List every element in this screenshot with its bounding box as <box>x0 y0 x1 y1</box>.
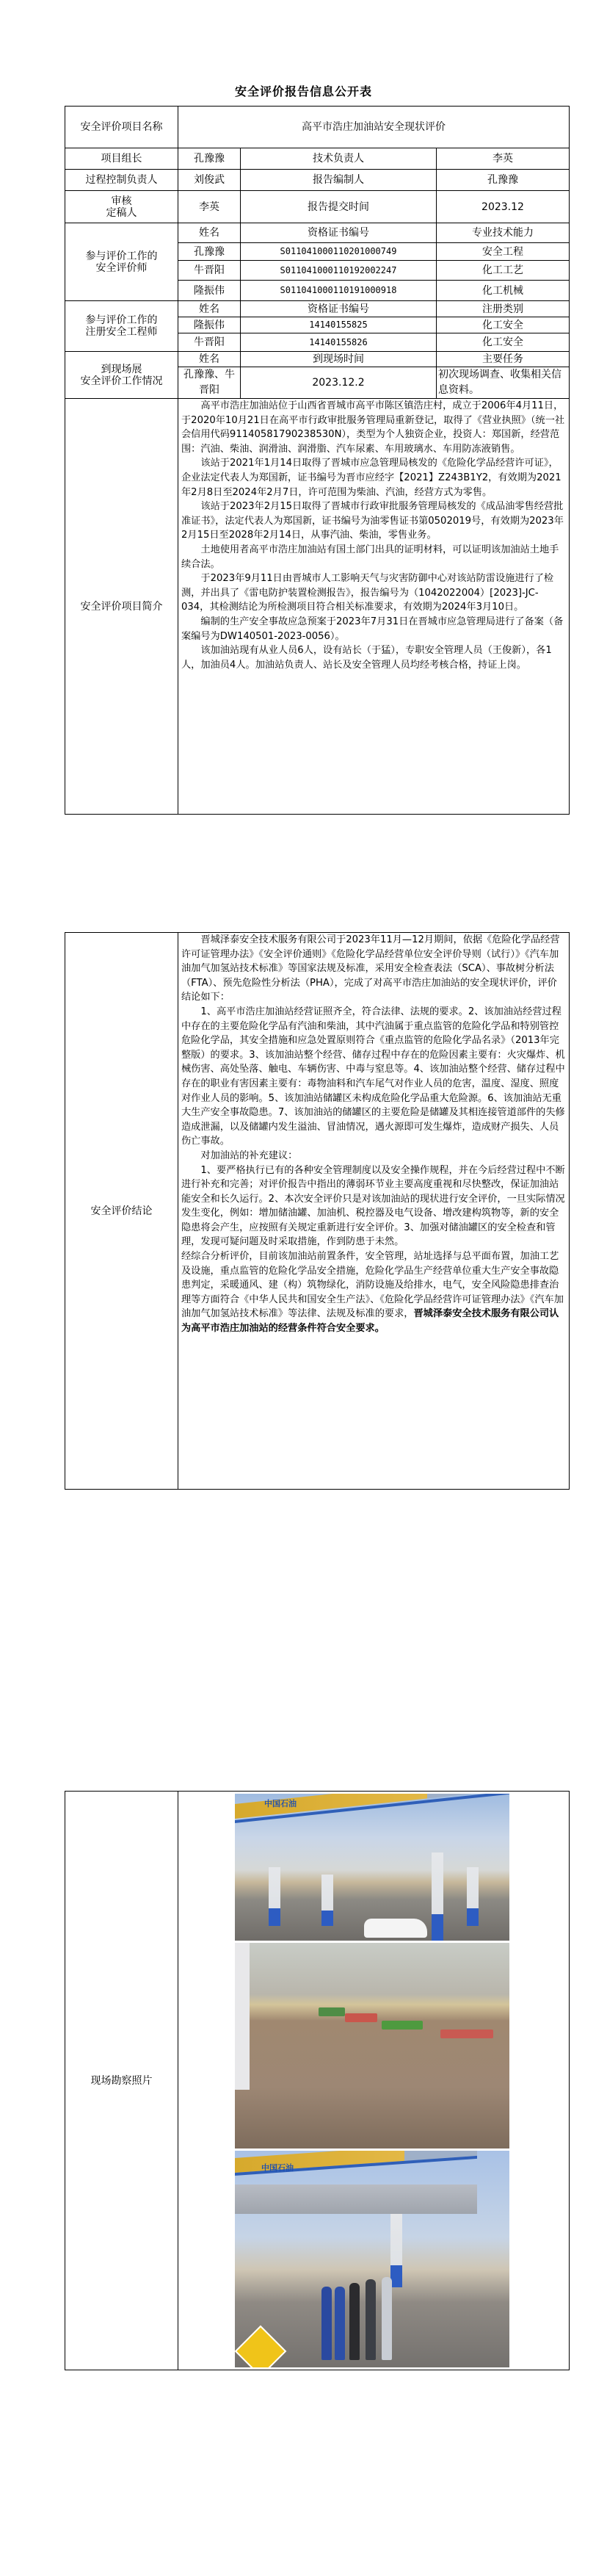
evaluator-skill: 安全工程 <box>437 243 570 261</box>
site-work-names: 孔豫豫、牛晋阳 <box>178 367 241 399</box>
photos-table: 现场勘察照片 中国石油 <box>65 1791 570 2370</box>
engineer-category: 化工安全 <box>437 333 570 352</box>
person <box>366 2279 376 2360</box>
team-leader-row: 项目组长 孔豫豫 技术负责人 李英 <box>65 148 570 170</box>
project-name-value: 高平市浩庄加油站安全现状评价 <box>178 107 570 148</box>
process-control-row: 过程控制负责人 刘俊武 报告编制人 孔豫豫 <box>65 170 570 191</box>
site-work-header-name: 姓名 <box>178 352 241 367</box>
site-work-header-time: 到现场时间 <box>241 352 437 367</box>
intro-paragraph: 该站于2023年2月15日取得了晋城市行政审批服务管理局核发的《成品油零售经营批… <box>181 499 566 543</box>
evaluator-cert: S011041000110192002247 <box>241 261 437 281</box>
report-author-value: 孔豫豫 <box>437 170 570 191</box>
person <box>382 2277 392 2360</box>
evaluator-cert: S011041000110191000918 <box>241 281 437 301</box>
site-work-header-task: 主要任务 <box>437 352 570 367</box>
person <box>349 2283 360 2360</box>
document-title: 安全评价报告信息公开表 <box>0 82 607 99</box>
conclusion-table: 安全评价结论 晋城泽泰安全技术服务有限公司于2023年11月—12月期间，依据《… <box>65 932 570 1490</box>
intro-paragraph: 该站于2021年1月14日取得了晋城市应急管理局核发的《危险化学品经营许可证》，… <box>181 456 566 499</box>
evaluators-header-name: 姓名 <box>178 223 241 243</box>
team-leader-label: 项目组长 <box>65 148 178 170</box>
site-work-task: 初次现场调查、收集相关信息资料。 <box>437 367 570 399</box>
engineers-header-cert: 资格证书编号 <box>241 301 437 317</box>
tech-lead-value: 李英 <box>437 148 570 170</box>
submit-time-value: 2023.12 <box>437 191 570 223</box>
tank-cover-green <box>319 2007 345 2016</box>
reviewer-label-line2: 定稿人 <box>106 207 137 219</box>
project-name-label: 安全评价项目名称 <box>65 107 178 148</box>
evaluator-skill: 化工工艺 <box>437 261 570 281</box>
site-photo-team: 中国石油 <box>235 2151 509 2367</box>
white-car <box>364 1919 427 1938</box>
canopy-pillar <box>321 1875 333 1926</box>
site-work-label: 到现场展安全评价工作情况 <box>65 352 178 399</box>
evaluator-cert: S011041000110201000749 <box>241 243 437 261</box>
engineers-label-line2: 注册安全工程师 <box>86 326 158 338</box>
intro-paragraph: 高平市浩庄加油站位于山西省晋城市高平市陈区镇浩庄村，成立于2006年4月11日，… <box>181 399 566 456</box>
intro-paragraph: 于2023年9月11日由晋城市人工影响天气与灾害防御中心对该站防雷设施进行了检测… <box>181 571 566 615</box>
conclusion-summary: 经综合分析评价，目前该加油站前置条件，安全管理，站址选择与总平面布置，加油工艺及… <box>181 1249 566 1336</box>
photos-row: 现场勘察照片 中国石油 <box>65 1792 570 2370</box>
evaluator-skill: 化工机械 <box>437 281 570 301</box>
engineers-header-category: 注册类别 <box>437 301 570 317</box>
evaluators-header-skill: 专业技术能力 <box>437 223 570 243</box>
evaluators-label: 参与评价工作的安全评价师 <box>65 223 178 301</box>
engineers-label-line1: 参与评价工作的 <box>86 314 158 326</box>
report-author-label: 报告编制人 <box>241 170 437 191</box>
canopy-ceiling <box>235 2184 477 2214</box>
process-control-label: 过程控制负责人 <box>65 170 178 191</box>
project-name-row: 安全评价项目名称 高平市浩庄加油站安全现状评价 <box>65 107 570 148</box>
site-photo-canopy: 中国石油 <box>235 1794 509 1941</box>
site-work-label-line1: 到现场展 <box>101 364 142 375</box>
conclusion-label: 安全评价结论 <box>65 933 178 1490</box>
site-work-label-line2: 安全评价工作情况 <box>81 375 163 387</box>
intro-paragraph: 编制的生产安全事故应急预案于2023年7月31日在晋城市应急管理局进行了备案（备… <box>181 615 566 643</box>
conclusion-content: 晋城泽泰安全技术服务有限公司于2023年11月—12月期间，依据《危险化学品经营… <box>178 933 570 1490</box>
brand-sign-text: 中国石油 <box>264 1798 297 1809</box>
reviewer-row: 审核定稿人 李英 报告提交时间 2023.12 <box>65 191 570 223</box>
site-photo-tank-area <box>235 1943 509 2149</box>
evaluators-header-cert: 资格证书编号 <box>241 223 437 243</box>
site-work-time: 2023.12.2 <box>241 367 437 399</box>
tech-lead-label: 技术负责人 <box>241 148 437 170</box>
info-table: 安全评价项目名称 高平市浩庄加油站安全现状评价 项目组长 孔豫豫 技术负责人 李… <box>65 106 570 815</box>
submit-time-label: 报告提交时间 <box>241 191 437 223</box>
person <box>321 2287 332 2360</box>
tank-cover-green <box>382 2021 423 2030</box>
engineer-name: 隆振伟 <box>178 317 241 333</box>
reviewer-label: 审核定稿人 <box>65 191 178 223</box>
engineers-label: 参与评价工作的注册安全工程师 <box>65 301 178 352</box>
reviewer-label-line1: 审核 <box>112 195 132 207</box>
team-leader-value: 孔豫豫 <box>178 148 241 170</box>
canopy-pillar <box>432 1852 443 1941</box>
engineer-category: 化工安全 <box>437 317 570 333</box>
intro-row: 安全评价项目简介 高平市浩庄加油站位于山西省晋城市高平市陈区镇浩庄村，成立于20… <box>65 399 570 815</box>
intro-label: 安全评价项目简介 <box>65 399 178 815</box>
evaluator-name: 隆振伟 <box>178 281 241 301</box>
canopy-pillar <box>467 1867 479 1926</box>
photos-label: 现场勘察照片 <box>65 1792 178 2370</box>
evaluators-label-line2: 安全评价师 <box>96 262 148 274</box>
canopy-pillar <box>269 1867 280 1926</box>
intro-content: 高平市浩庄加油站位于山西省晋城市高平市陈区镇浩庄村，成立于2006年4月11日，… <box>178 399 570 815</box>
conclusion-paragraph: 1、高平市浩庄加油站经营证照齐全，符合法律、法规的要求。2、该加油站经营过程中存… <box>181 1005 566 1149</box>
brand-sign-text: 中国石油 <box>261 2162 294 2173</box>
engineers-header-row: 参与评价工作的注册安全工程师 姓名 资格证书编号 注册类别 <box>65 301 570 317</box>
conclusion-row: 安全评价结论 晋城泽泰安全技术服务有限公司于2023年11月—12月期间，依据《… <box>65 933 570 1490</box>
reviewer-value: 李英 <box>178 191 241 223</box>
process-control-value: 刘俊武 <box>178 170 241 191</box>
dispenser-box <box>235 1943 250 2090</box>
evaluator-name: 牛晋阳 <box>178 261 241 281</box>
conclusion-paragraph: 对加油站的补充建议： <box>181 1149 566 1163</box>
tank-cover-red <box>345 2013 377 2022</box>
evaluators-label-line1: 参与评价工作的 <box>86 250 158 262</box>
site-work-header-row: 到现场展安全评价工作情况 姓名 到现场时间 主要任务 <box>65 352 570 367</box>
evaluator-name: 孔豫豫 <box>178 243 241 261</box>
conclusion-paragraph: 1、要严格执行已有的各种安全管理制度以及安全操作规程，并在今后经营过程中不断进行… <box>181 1163 566 1250</box>
intro-paragraph: 土地使用者高平市浩庄加油站有国土部门出具的证明材料，可以证明该加油站土地手续合法… <box>181 543 566 571</box>
engineers-header-name: 姓名 <box>178 301 241 317</box>
photos-cell: 中国石油 中国石油 <box>178 1792 570 2370</box>
intro-paragraph: 该加油站现有从业人员6人，设有站长（于猛），专职安全管理人员（王俊新），各1人，… <box>181 643 566 672</box>
engineer-cert: 14140155825 <box>241 317 437 333</box>
canopy-pillar <box>390 2214 402 2287</box>
engineer-cert: 14140155826 <box>241 333 437 352</box>
conclusion-paragraph: 晋城泽泰安全技术服务有限公司于2023年11月—12月期间，依据《危险化学品经营… <box>181 933 566 1005</box>
evaluators-header-row: 参与评价工作的安全评价师 姓名 资格证书编号 专业技术能力 <box>65 223 570 243</box>
tank-cover-red <box>440 2030 493 2038</box>
person <box>335 2287 345 2360</box>
engineer-name: 牛晋阳 <box>178 333 241 352</box>
warning-sign <box>235 2326 286 2367</box>
